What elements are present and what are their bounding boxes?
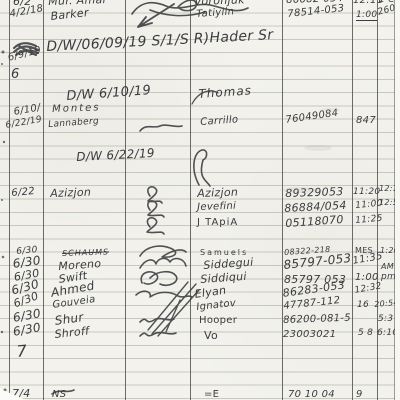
dw-note: D/W/06/09/19 S/1/S R)Hader Sr xyxy=(46,28,274,54)
printed-name: Azizjon xyxy=(197,187,238,199)
badge-number: 23003021 xyxy=(283,330,336,340)
badge-number: 86884/054 xyxy=(284,200,347,214)
signature-shur xyxy=(140,319,174,322)
printed-name: =E xyxy=(204,390,219,400)
column-rule-2 xyxy=(125,0,126,400)
time-in: 11:25 xyxy=(355,215,383,226)
margin-date: 6 xyxy=(11,68,20,81)
time-in: 12:32 xyxy=(354,282,383,296)
badge-number: 76049084 xyxy=(285,109,339,126)
signature-ahmed xyxy=(136,291,192,297)
time-in: 1:00 xyxy=(356,11,377,21)
signature-azizjon-3 xyxy=(147,218,164,234)
signature-thomas: Thomas xyxy=(198,84,252,100)
printed-name: J TApiA xyxy=(197,218,238,228)
badge-number: 86200-081-5 xyxy=(283,314,351,326)
arrow-scribble xyxy=(138,4,174,27)
signature-diagonal-strokes xyxy=(148,282,199,336)
time-out: 5:3 xyxy=(378,315,393,324)
entry-name: NS xyxy=(52,390,66,400)
printed-name: Carrillo xyxy=(200,115,239,128)
signature-lannaberg xyxy=(140,125,182,131)
signature-moreno xyxy=(140,258,186,268)
time-out: pm xyxy=(381,273,396,282)
badge-number: 05118070 xyxy=(285,214,344,229)
entry-name: Barker xyxy=(50,7,89,22)
time-in: 11:20 xyxy=(353,188,380,197)
entry-name: Shroff xyxy=(54,325,90,340)
badge-number: 89329053 xyxy=(285,186,344,199)
time-in: 5 8 xyxy=(358,329,373,338)
column-rule-4 xyxy=(282,0,283,400)
time-in: 16 xyxy=(357,301,369,310)
margin-date: 6/30 xyxy=(12,321,42,338)
entry-name: Montes xyxy=(52,103,101,115)
dw-note: D/W 6/22/19 xyxy=(76,147,155,163)
left-edge-specks xyxy=(1,51,14,398)
signature-dw3-loop xyxy=(194,150,210,186)
entry-name: Azizjon xyxy=(50,187,91,199)
margin-date: 6/9/19 xyxy=(7,46,42,64)
entry-name-crossed-out: SCHAUMS xyxy=(62,248,109,258)
printed-name: Vo xyxy=(204,330,218,341)
time-in: 11:35 xyxy=(352,252,384,267)
scan-edge-right xyxy=(395,0,400,400)
scan-smudges xyxy=(280,108,376,255)
time-out: AM xyxy=(381,263,394,271)
badge-number: 78514-053 xyxy=(287,4,345,20)
entry-name: Mur. Amar xyxy=(48,0,108,7)
signature-azizjon-2 xyxy=(148,201,164,217)
margin-date: 6/22/19 xyxy=(5,116,43,131)
margin-date: 6/22 xyxy=(11,187,35,199)
badge-number: 70 10 04 xyxy=(288,390,335,400)
signature-azizjon-1 xyxy=(148,187,162,203)
printed-name: Ignatov xyxy=(196,299,237,313)
scanned-ledger-page: 6/2 4/2/18 6/9/19 6 6/10/ 6/22/19 6/22 6… xyxy=(0,0,400,400)
dw-note: D/W 6/10/19 xyxy=(66,84,151,103)
column-rule-1 xyxy=(43,0,44,400)
time-in: 847 xyxy=(356,116,376,126)
signature-samuels xyxy=(140,246,186,257)
printed-name: Hooper xyxy=(199,316,237,326)
column-rule-3 xyxy=(190,0,191,400)
entry-name: Lannaberg xyxy=(48,117,99,130)
printed-name: Elyan xyxy=(194,285,227,300)
printed-name: Tatiylin xyxy=(196,7,235,20)
printed-name: Jevefini xyxy=(197,202,236,213)
signature-shroff xyxy=(140,333,176,336)
printed-name: Voronjuk xyxy=(194,0,245,7)
margin-date: 7 xyxy=(16,343,28,360)
column-rule-5 xyxy=(352,0,353,400)
time-in: 9 xyxy=(356,390,363,400)
printed-name: Siddegui xyxy=(203,256,254,270)
signature-swift xyxy=(141,272,177,286)
